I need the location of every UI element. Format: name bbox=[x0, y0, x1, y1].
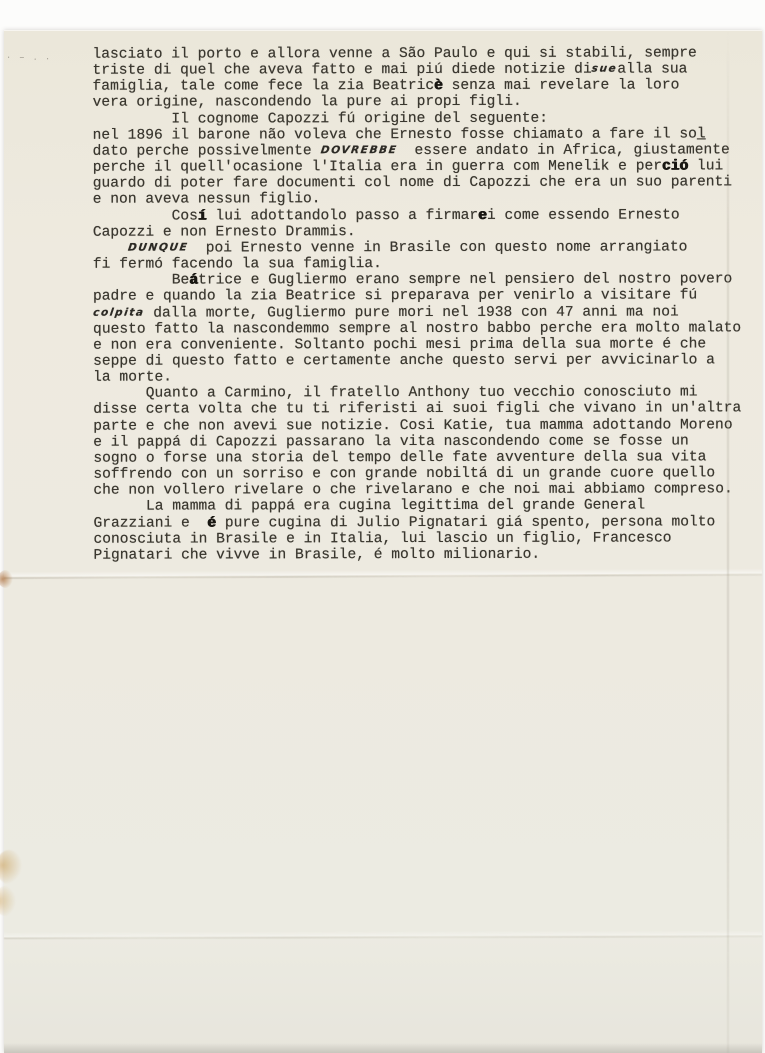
overstruck-text: é bbox=[207, 515, 216, 531]
text-line: La mamma di pappá era cugina legittima d… bbox=[93, 498, 757, 516]
letter-page: · – . . lasciato il porto e allora venne… bbox=[4, 30, 762, 1053]
text-line: perche il quell'ocasione l'Italia era in… bbox=[93, 158, 757, 176]
text-line: DUNQUE poi Ernesto venne in Brasile con … bbox=[93, 239, 757, 257]
typed-text: trice e Gugliermo erano sempre nel pensi… bbox=[198, 272, 732, 289]
text-line: e non era conveniente. Soltanto pochi me… bbox=[93, 336, 757, 354]
text-line: dato perche possivelmente DOVREBBE esser… bbox=[93, 142, 757, 160]
typed-text bbox=[93, 240, 128, 256]
typed-text: senza mai revelare la loro bbox=[443, 78, 680, 94]
typed-text: padre e quando la zia Beatrice si prepar… bbox=[93, 288, 697, 305]
text-line: Cosí lui adottandolo passo a firmarei co… bbox=[93, 207, 757, 225]
typed-text: e il pappá di Capozzi passarano la vita … bbox=[93, 433, 689, 450]
stain-left-edge bbox=[0, 570, 14, 588]
typed-text: conosciuta in Brasile e in Italia, lui l… bbox=[93, 530, 671, 547]
text-line: Quanto a Carmino, il fratello Anthony tu… bbox=[93, 385, 757, 403]
text-line: vera origine, nascondendo la pure ai pro… bbox=[93, 94, 757, 112]
typed-text: Il cognome Capozzi fú origine del seguen… bbox=[93, 110, 548, 127]
typed-text: essere andato in Africa, giustamente bbox=[397, 142, 730, 159]
text-line: Grazziani e é pure cugina di Julio Pigna… bbox=[93, 514, 757, 532]
overstruck-text: á bbox=[189, 273, 198, 289]
handwritten-correction: DOVREBBE bbox=[319, 142, 398, 158]
overstruck-text: e bbox=[478, 207, 487, 223]
text-line: disse certa volta che tu ti riferisti ai… bbox=[93, 401, 757, 419]
text-line: famiglia, tale come fece la zia Beatricè… bbox=[93, 78, 757, 96]
typed-text: Grazziani e bbox=[93, 515, 207, 531]
text-line: Beátrice e Gugliermo erano sempre nel pe… bbox=[93, 271, 757, 289]
typed-text: fi fermó facendo la sua famiglia. bbox=[93, 256, 382, 273]
typed-text: disse certa volta che tu ti riferisti ai… bbox=[93, 401, 741, 418]
typed-text: i come essendo Ernesto bbox=[487, 207, 680, 223]
typed-text: la morte. bbox=[93, 370, 172, 386]
fold-crease-middle bbox=[4, 573, 762, 579]
handwritten-correction: sue bbox=[591, 61, 619, 77]
typed-text: Be bbox=[93, 273, 189, 289]
typed-text: sogno o forse una storia del tempo delle… bbox=[93, 449, 706, 466]
scan-bottom-shadow bbox=[4, 1043, 762, 1053]
text-line: guardo di poter fare documenti col nome … bbox=[93, 175, 757, 193]
typed-text: vera origine, nascondendo la pure ai pro… bbox=[93, 94, 522, 111]
typed-text: alla sua bbox=[617, 62, 687, 78]
text-line: la morte. bbox=[93, 368, 757, 386]
typed-text: questo fatto la nascondemmo sempre al no… bbox=[93, 320, 741, 337]
text-line: sogno o forse una storia del tempo delle… bbox=[93, 449, 757, 467]
underlined-text: l bbox=[697, 126, 706, 142]
text-line: soffrendo con un sorriso e con grande no… bbox=[93, 465, 757, 483]
typed-text: pure cugina di Julio Pignatari giá spent… bbox=[216, 514, 715, 531]
typed-text: guardo di poter fare documenti col nome … bbox=[93, 175, 732, 192]
text-line: e il pappá di Capozzi passarano la vita … bbox=[93, 433, 757, 451]
typed-text: La mamma di pappá era cugina legittima d… bbox=[93, 498, 645, 515]
overstruck-text: ció bbox=[662, 159, 688, 175]
typed-text: Quanto a Carmino, il fratello Anthony tu… bbox=[93, 385, 697, 402]
text-line: colpita dalla morte, Gugliermo pure mori… bbox=[93, 304, 757, 322]
overstruck-text: í bbox=[198, 208, 207, 224]
typed-text: dato perche possivelmente bbox=[93, 143, 321, 159]
typed-text: lui bbox=[688, 158, 723, 174]
text-line: fi fermó facendo la sua famiglia. bbox=[93, 255, 757, 273]
typed-text: Cos bbox=[93, 208, 198, 224]
typed-text: poi Ernesto venne in Brasile con questo … bbox=[188, 239, 687, 256]
stain-left-edge bbox=[0, 850, 22, 884]
text-line: Capozzi e non Ernesto Drammis. bbox=[93, 223, 757, 241]
text-line: e non aveva nessun figlio. bbox=[93, 191, 757, 209]
typed-text: Capozzi e non Ernesto Drammis. bbox=[93, 224, 356, 241]
pencil-mark: · – . . bbox=[7, 51, 52, 64]
text-line: questo fatto la nascondemmo sempre al no… bbox=[93, 320, 757, 338]
text-line: seppe di questo fatto e certamente anche… bbox=[93, 352, 757, 370]
typed-text: seppe di questo fatto e certamente anche… bbox=[93, 352, 715, 369]
typed-text: soffrendo con un sorriso e con grande no… bbox=[93, 465, 715, 482]
text-line: che non vollero rivelare o che rivelaran… bbox=[93, 482, 757, 500]
text-line: Il cognome Capozzi fú origine del seguen… bbox=[93, 110, 757, 128]
text-line: lasciato il porto e allora venne a São P… bbox=[92, 45, 756, 63]
typed-text: perche il quell'ocasione l'Italia era in… bbox=[93, 159, 662, 176]
typed-text: e non aveva nessun figlio. bbox=[93, 192, 321, 208]
handwritten-correction: colpita bbox=[92, 304, 146, 320]
handwritten-correction: DUNQUE bbox=[127, 239, 190, 255]
typed-text: Pignatari che vivve in Brasile, é molto … bbox=[94, 547, 541, 564]
typed-text: parte e che non avevi sue notizie. Cosi … bbox=[93, 417, 732, 434]
typed-text: dalla morte, Gugliermo pure mori nel 193… bbox=[144, 304, 678, 321]
typed-text: famiglia, tale come fece la zia Beatric bbox=[93, 78, 435, 95]
typed-text: e non era conveniente. Soltanto pochi me… bbox=[93, 336, 706, 353]
text-line: conosciuta in Brasile e in Italia, lui l… bbox=[93, 530, 757, 548]
typed-text: nel 1896 il barone não voleva che Ernest… bbox=[93, 126, 697, 143]
typewritten-text: lasciato il porto e allora venne a São P… bbox=[92, 45, 757, 563]
typed-text: triste di quel che aveva fatto e mai piú… bbox=[92, 62, 591, 79]
text-line: parte e che non avevi sue notizie. Cosi … bbox=[93, 417, 757, 435]
typed-text: lui adottandolo passo a firmar bbox=[207, 207, 479, 224]
text-line: nel 1896 il barone não voleva che Ernest… bbox=[93, 126, 757, 144]
text-line: triste di quel che aveva fatto e mai piú… bbox=[92, 61, 756, 79]
fold-crease-lower bbox=[4, 935, 762, 940]
scanned-letter-screenshot: { "page": { "background_color": "#fcfcfb… bbox=[0, 0, 765, 1053]
text-line: Pignatari che vivve in Brasile, é molto … bbox=[94, 546, 758, 564]
typed-text: che non vollero rivelare o che rivelaran… bbox=[93, 482, 732, 499]
stain-left-edge bbox=[0, 886, 18, 916]
text-line: padre e quando la zia Beatrice si prepar… bbox=[93, 288, 757, 306]
